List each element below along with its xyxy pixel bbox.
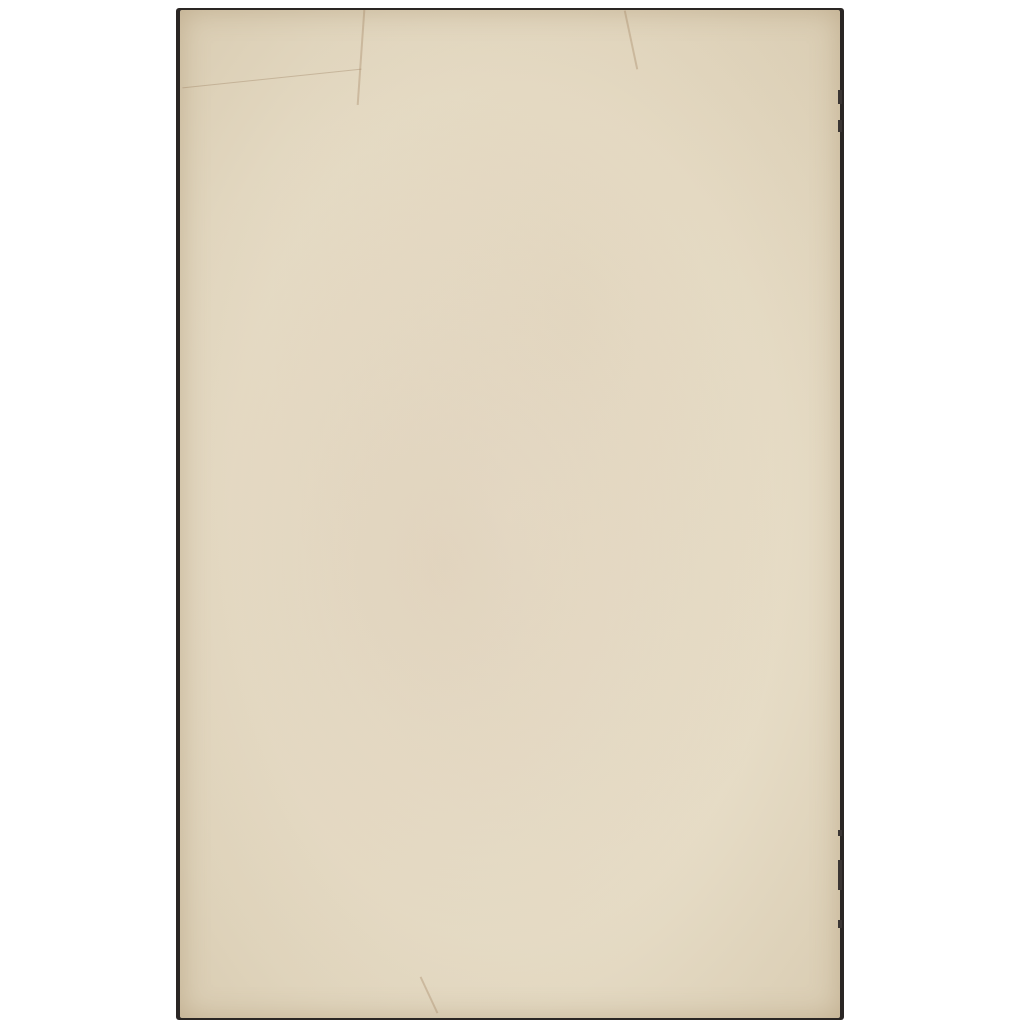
spine-edge-marks xyxy=(838,90,844,970)
book-back-cover xyxy=(180,10,840,1018)
